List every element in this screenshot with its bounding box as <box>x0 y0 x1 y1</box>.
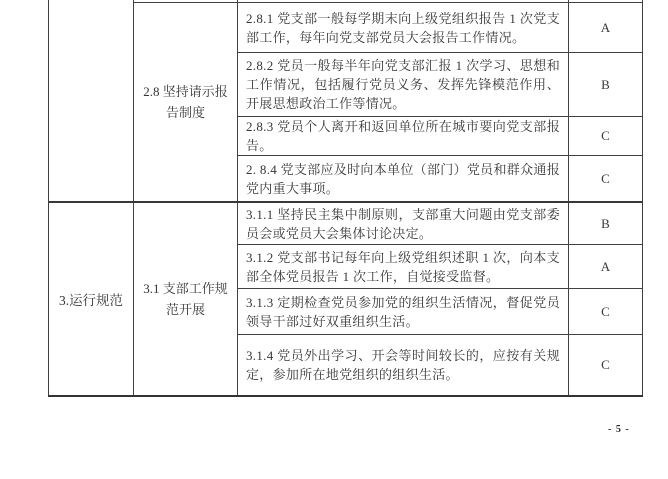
item-cell-2-8-3: 2.8.3 党员个人离开和返回单位所在城市要向党支部报告。 <box>238 117 569 156</box>
grade-value-2-8-2: B <box>569 77 642 93</box>
grade-value-3-1-2: A <box>569 259 642 275</box>
category-label-section3: 3.运行规范 <box>49 289 133 309</box>
grade-value-2-8-1: A <box>569 20 642 36</box>
grade-cell-2-8-1: A <box>569 3 642 53</box>
grade-value-2-8-4: C <box>569 171 642 187</box>
item-text-2-8-3: 2.8.3 党员个人离开和返回单位所在城市要向党支部报告。 <box>238 117 568 156</box>
category-cell-section3: 3.运行规范 <box>49 203 134 395</box>
grade-cell-2-8-4: C <box>569 156 642 203</box>
item-text-3-1-1: 3.1.1 坚持民主集中制原则，支部重大问题由党支部委员会或党员大会集体讨论决定… <box>238 204 568 244</box>
item-cell-3-1-1: 3.1.1 坚持民主集中制原则，支部重大问题由党支部委员会或党员大会集体讨论决定… <box>238 203 569 245</box>
grade-value-3-1-4: C <box>569 357 642 373</box>
item-cell-2-8-4: 2. 8.4 党支部应及时向本单位（部门）党员和群众通报党内重大事项。 <box>238 156 569 203</box>
grade-value-2-8-3: C <box>569 128 642 144</box>
page-number: - 5 - <box>608 424 630 435</box>
grade-cell-3-1-3: C <box>569 289 642 335</box>
grade-cell-2-8-2: B <box>569 53 642 117</box>
item-text-3-1-4: 3.1.4 党员外出学习、开会等时间较长的，应按有关规定，参加所在地党组织的组织… <box>238 345 568 385</box>
item-text-2-8-2: 2.8.2 党员一般每半年向党支部汇报 1 次学习、思想和工作情况，包括履行党员… <box>238 55 568 114</box>
category-cell-section2 <box>49 0 134 203</box>
grade-cell-2-8-3: C <box>569 117 642 156</box>
grade-cell-3-1-2: A <box>569 245 642 289</box>
grade-value-3-1-3: C <box>569 304 642 320</box>
assessment-table: 2.8 坚持请示报告制度 2.8.1 党支部一般每学期末向上级党组织报告 1 次… <box>48 0 643 397</box>
item-text-3-1-3: 3.1.3 定期检查党员参加党的组织生活情况，督促党员领导干部过好双重组织生活。 <box>238 292 568 332</box>
item-cell-3-1-3: 3.1.3 定期检查党员参加党的组织生活情况，督促党员领导干部过好双重组织生活。 <box>238 289 569 335</box>
item-cell-3-1-2: 3.1.2 党支部书记每年向上级党组织述职 1 次，向本支部全体党员报告 1 次… <box>238 245 569 289</box>
subcategory-label-3-1: 3.1 支部工作规范开展 <box>134 278 237 320</box>
grade-value-3-1-1: B <box>569 216 642 232</box>
subcategory-cell-2-8: 2.8 坚持请示报告制度 <box>134 3 238 203</box>
subcategory-cell-3-1: 3.1 支部工作规范开展 <box>134 203 238 395</box>
item-cell-3-1-4: 3.1.4 党员外出学习、开会等时间较长的，应按有关规定，参加所在地党组织的组织… <box>238 335 569 395</box>
grade-cell-3-1-1: B <box>569 203 642 245</box>
grade-cell-3-1-4: C <box>569 335 642 395</box>
item-text-3-1-2: 3.1.2 党支部书记每年向上级党组织述职 1 次，向本支部全体党员报告 1 次… <box>238 247 568 287</box>
item-text-2-8-1: 2.8.1 党支部一般每学期末向上级党组织报告 1 次党支部工作，每年向党支部党… <box>238 8 568 48</box>
item-cell-2-8-2: 2.8.2 党员一般每半年向党支部汇报 1 次学习、思想和工作情况，包括履行党员… <box>238 53 569 117</box>
item-cell-2-8-1: 2.8.1 党支部一般每学期末向上级党组织报告 1 次党支部工作，每年向党支部党… <box>238 3 569 53</box>
item-text-2-8-4: 2. 8.4 党支部应及时向本单位（部门）党员和群众通报党内重大事项。 <box>238 159 568 199</box>
subcategory-label-2-8: 2.8 坚持请示报告制度 <box>134 81 237 123</box>
